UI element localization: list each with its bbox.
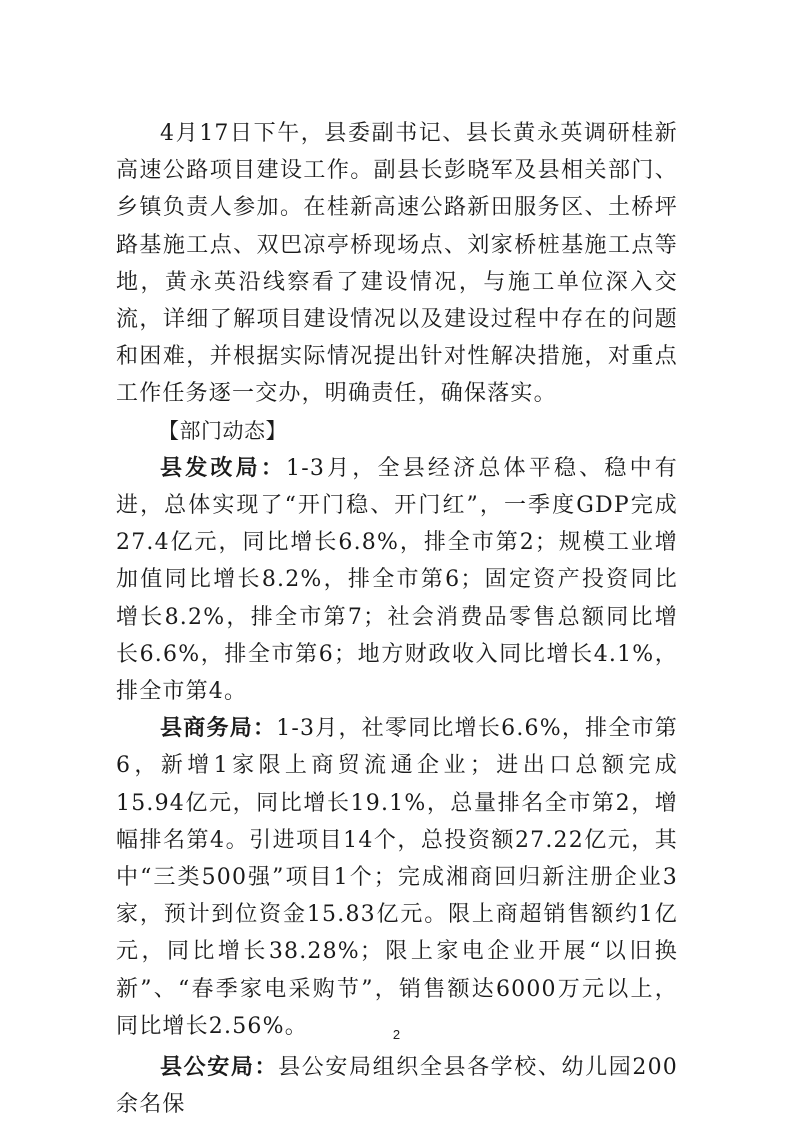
department-paragraph-fagaiju: 县发改局：1-3月，全县经济总体平稳、稳中有进，总体实现了“开门稳、开门红”，一… <box>116 450 678 710</box>
department-paragraph-gonganju: 县公安局：县公安局组织全县各学校、幼儿园200余名保 <box>116 1049 678 1122</box>
department-text: 1-3月，社零同比增长6.6%，排全市第6，新增1家限上商贸流通企业；进出口总额… <box>116 716 678 1039</box>
document-page: 4月17日下午，县委副书记、县长黄永英调研桂新高速公路项目建设工作。副县长彭晓军… <box>0 0 793 1122</box>
department-paragraph-shangwuju: 县商务局：1-3月，社零同比增长6.6%，排全市第6，新增1家限上商贸流通企业；… <box>116 710 678 1045</box>
department-name: 县商务局： <box>160 716 276 741</box>
department-name: 县公安局： <box>160 1055 278 1080</box>
intro-paragraph: 4月17日下午，县委副书记、县长黄永英调研桂新高速公路项目建设工作。副县长彭晓军… <box>116 115 678 413</box>
section-heading: 【部门动态】 <box>116 413 678 450</box>
department-name: 县发改局： <box>160 456 286 481</box>
page-number: 2 <box>0 1027 793 1042</box>
document-body: 4月17日下午，县委副书记、县长黄永英调研桂新高速公路项目建设工作。副县长彭晓军… <box>116 115 678 1122</box>
department-text: 1-3月，全县经济总体平稳、稳中有进，总体实现了“开门稳、开门红”，一季度GDP… <box>116 456 678 704</box>
